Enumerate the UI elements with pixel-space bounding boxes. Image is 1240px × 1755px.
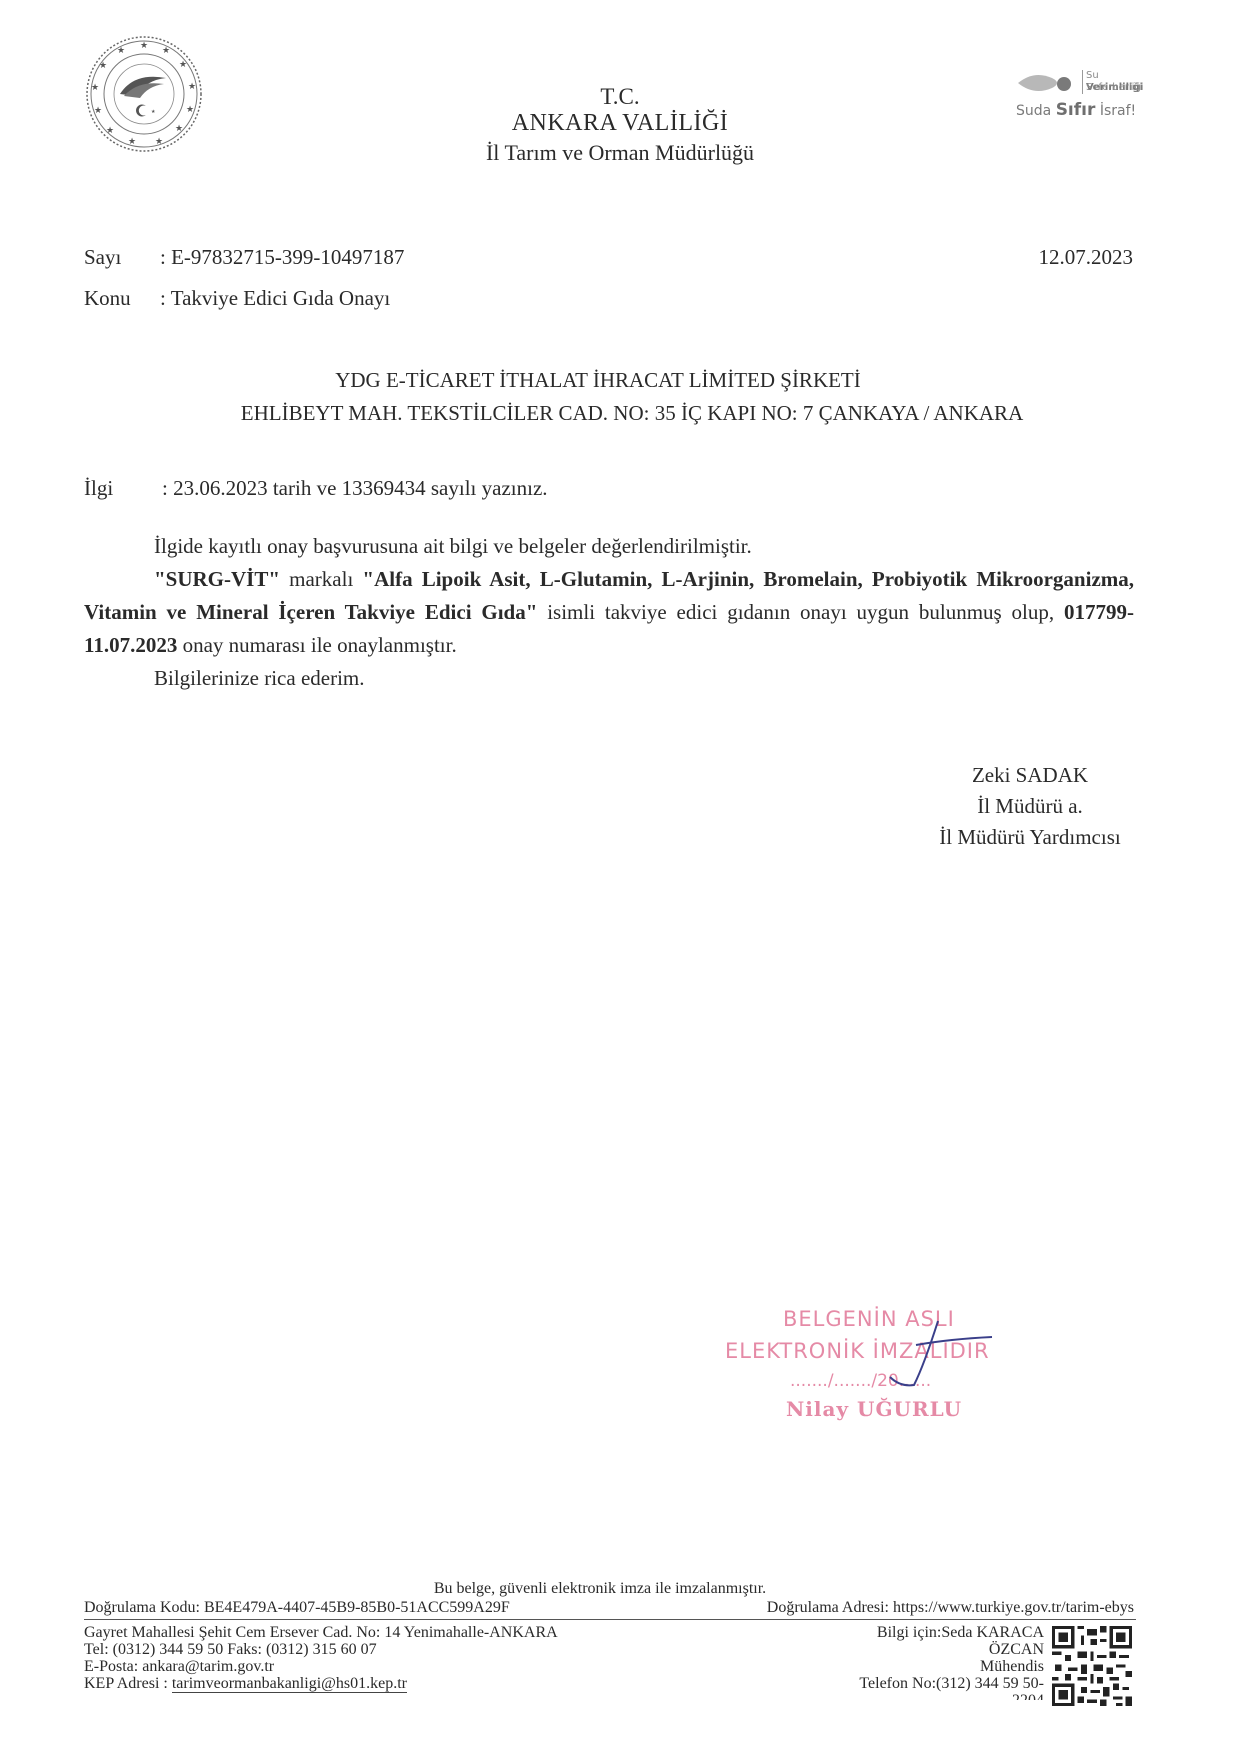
signatory-title-1: İl Müdürü a. bbox=[900, 791, 1160, 822]
water-campaign-logo: Su Verimliliği Seferberliği Suda Sıfır İ… bbox=[1010, 64, 1146, 124]
konu-label: Konu bbox=[84, 284, 160, 312]
info-contact-name: Bilgi için:Seda KARACA bbox=[859, 1624, 1044, 1641]
info-contact-phone: Telefon No:(312) 344 59 50- bbox=[859, 1675, 1044, 1692]
svg-text:★: ★ bbox=[179, 60, 187, 70]
info-contact-phone-ext: 2204 bbox=[859, 1692, 1044, 1700]
signature-block: Zeki SADAK İl Müdürü a. İl Müdürü Yardım… bbox=[900, 760, 1160, 853]
sayi-label: Sayı bbox=[84, 243, 160, 271]
certified-copy-stamp: BELGENİN ASLI ELEKTRONİK İMZALIDIR .....… bbox=[700, 1295, 1060, 1445]
svg-text:★: ★ bbox=[140, 41, 148, 51]
body-paragraph-3: Bilgilerinize rica ederim. bbox=[84, 662, 1134, 695]
body-paragraph-2: "SURG-VİT" markalı "Alfa Lipoik Asit, L-… bbox=[84, 563, 1134, 662]
office-email: E-Posta: ankara@tarim.gov.tr bbox=[84, 1658, 558, 1675]
sayi-value: : E-97832715-399-10497187 bbox=[160, 245, 404, 269]
kep-address-link[interactable]: tarimveormanbakanligi@hs01.kep.tr bbox=[172, 1675, 407, 1693]
letter-body: İlgide kayıtlı onay başvurusuna ait bilg… bbox=[84, 530, 1134, 695]
svg-text:★: ★ bbox=[99, 61, 107, 71]
body-paragraph-1: İlgide kayıtlı onay başvurusuna ait bilg… bbox=[84, 530, 1134, 563]
document-subject: Konu: Takviye Edici Gıda Onayı bbox=[84, 284, 390, 312]
campaign-slogan: Suda Sıfır İsraf! bbox=[1016, 100, 1136, 120]
water-drop-icon bbox=[1016, 70, 1078, 96]
reference-line: İlgi: 23.06.2023 tarih ve 13369434 sayıl… bbox=[84, 476, 548, 501]
brand-name: "SURG-VİT" bbox=[154, 567, 280, 591]
addressee-company: YDG E-TİCARET İTHALAT İHRACAT LİMİTED Şİ… bbox=[0, 365, 1218, 395]
office-phone-fax: Tel: (0312) 344 59 50 Faks: (0312) 315 6… bbox=[84, 1641, 558, 1658]
svg-text:★: ★ bbox=[117, 46, 125, 56]
info-contact: Bilgi için:Seda KARACA ÖZCAN Mühendis Te… bbox=[859, 1624, 1044, 1700]
verification-address-link[interactable]: Doğrulama Adresi: https://www.turkiye.go… bbox=[767, 1599, 1134, 1617]
konu-value: : Takviye Edici Gıda Onayı bbox=[160, 286, 390, 310]
svg-text:★: ★ bbox=[162, 46, 170, 56]
ilgi-label: İlgi bbox=[84, 476, 162, 501]
info-contact-name-2: ÖZCAN bbox=[859, 1641, 1044, 1658]
footer-divider bbox=[84, 1619, 1136, 1620]
verification-code: Doğrulama Kodu: BE4E479A-4407-45B9-85B0-… bbox=[84, 1599, 510, 1617]
info-contact-title: Mühendis bbox=[859, 1658, 1044, 1675]
campaign-line2: Seferberliği bbox=[1082, 82, 1144, 94]
esign-note: Bu belge, güvenli elektronik imza ile im… bbox=[0, 1580, 1220, 1598]
qr-code-icon[interactable] bbox=[1052, 1626, 1132, 1706]
document-date: 12.07.2023 bbox=[1039, 245, 1134, 270]
handwritten-signature-icon bbox=[700, 1295, 1060, 1445]
header-directorate: İl Tarım ve Orman Müdürlüğü bbox=[0, 138, 1240, 168]
office-address: Gayret Mahallesi Şehit Cem Ersever Cad. … bbox=[84, 1624, 558, 1641]
office-kep: KEP Adresi : tarimveormanbakanligi@hs01.… bbox=[84, 1675, 558, 1692]
addressee-address: EHLİBEYT MAH. TEKSTİLCİLER CAD. NO: 35 İ… bbox=[12, 398, 1240, 428]
footer-contact: Gayret Mahallesi Şehit Cem Ersever Cad. … bbox=[84, 1624, 558, 1692]
document-number: Sayı: E-97832715-399-10497187 bbox=[84, 243, 404, 271]
ilgi-value: : 23.06.2023 tarih ve 13369434 sayılı ya… bbox=[162, 476, 548, 500]
signatory-title-2: İl Müdürü Yardımcısı bbox=[900, 822, 1160, 853]
signatory-name: Zeki SADAK bbox=[900, 760, 1160, 791]
